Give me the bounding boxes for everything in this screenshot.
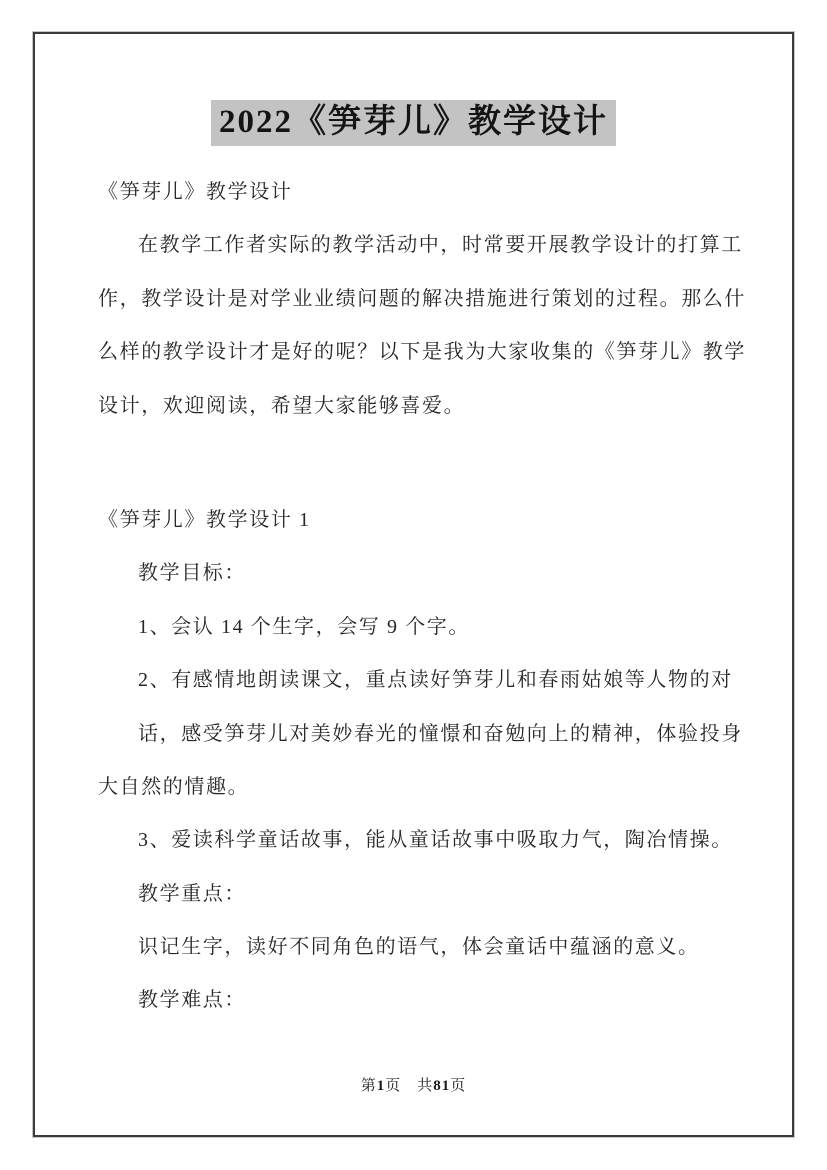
footer-current-page: 第1页 bbox=[361, 1078, 402, 1094]
body-line: 《笋芽儿》教学设计 bbox=[98, 166, 746, 219]
body-line: 么样的教学设计才是好的呢？以下是我为大家收集的《笋芽儿》教学 bbox=[98, 326, 746, 379]
page-title: 2022《笋芽儿》教学设计 bbox=[211, 100, 616, 146]
footer-total-prefix: 共 bbox=[417, 1078, 433, 1094]
footer-page-suffix: 页 bbox=[385, 1078, 401, 1094]
footer-total-suffix: 页 bbox=[450, 1078, 466, 1094]
title-row: 2022《笋芽儿》教学设计 bbox=[35, 100, 792, 146]
body-line: 在教学工作者实际的教学活动中，时常要开展教学设计的打算工 bbox=[98, 219, 746, 272]
body-line: 3、爱读科学童话故事，能从童话故事中吸取力气，陶冶情操。 bbox=[98, 814, 746, 867]
body-line: 识记生字，读好不同角色的语气，体会童话中蕴涵的意义。 bbox=[98, 921, 746, 974]
body-line: 作，教学设计是对学业业绩问题的解决措施进行策划的过程。那么什 bbox=[98, 273, 746, 326]
body-line: 教学目标： bbox=[98, 547, 746, 600]
body-line: 《笋芽儿》教学设计 1 bbox=[98, 494, 746, 547]
body-line: 1、会认 14 个生字，会写 9 个字。 bbox=[98, 601, 746, 654]
body-line: 大自然的情趣。 bbox=[98, 761, 746, 814]
footer-page-prefix: 第 bbox=[361, 1078, 377, 1094]
footer-total-number: 81 bbox=[433, 1078, 450, 1094]
body-line: 教学难点： bbox=[98, 974, 746, 1027]
paragraph-gap bbox=[98, 433, 746, 494]
body-line: 设计，欢迎阅读，希望大家能够喜爱。 bbox=[98, 380, 746, 433]
footer-total-pages: 共81页 bbox=[417, 1078, 466, 1094]
document-page: 2022《笋芽儿》教学设计 《笋芽儿》教学设计在教学工作者实际的教学活动中，时常… bbox=[33, 32, 794, 1137]
body-line: 话，感受笋芽儿对美妙春光的憧憬和奋勉向上的精神，体验投身 bbox=[98, 708, 746, 761]
body-line: 教学重点： bbox=[98, 868, 746, 921]
body-line: 2、有感情地朗读课文，重点读好笋芽儿和春雨姑娘等人物的对 bbox=[98, 654, 746, 707]
page-footer: 第1页共81页 bbox=[35, 1074, 792, 1095]
screenshot-canvas: 2022《笋芽儿》教学设计 《笋芽儿》教学设计在教学工作者实际的教学活动中，时常… bbox=[0, 0, 827, 1170]
document-body: 《笋芽儿》教学设计在教学工作者实际的教学活动中，时常要开展教学设计的打算工作，教… bbox=[98, 166, 746, 1028]
footer-page-number: 1 bbox=[377, 1078, 386, 1094]
